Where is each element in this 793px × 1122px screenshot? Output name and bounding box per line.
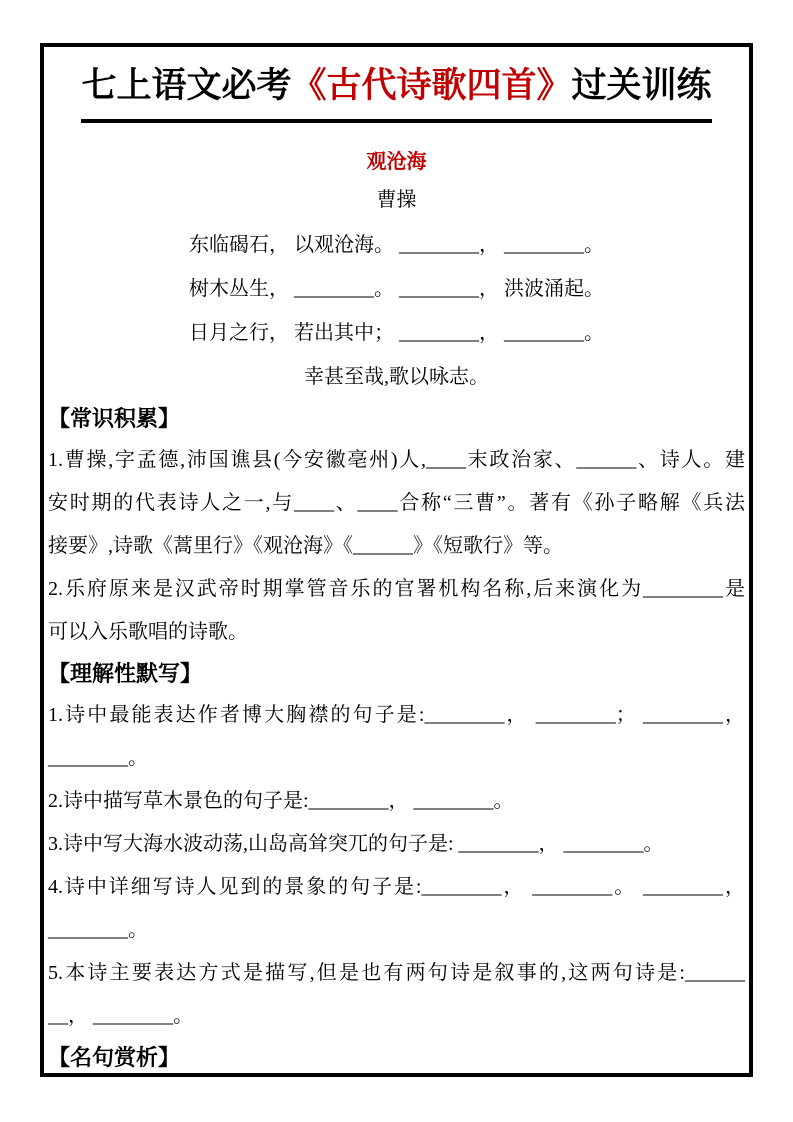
dictation-line: 2.诗中描写草木景色的句子是:________， ________。 [48, 780, 745, 823]
poem-body: 东临碣石， 以观沧海。 ________， ________。 树木丛生， __… [48, 223, 745, 399]
section-appreciation: 【名句赏析】 [48, 1038, 745, 1077]
title-part-1: 七上语文必考 [81, 66, 291, 105]
page-border-frame: 七上语文必考《古代诗歌四首》过关训练 观沧海 曹操 东临碣石， 以观沧海。 __… [40, 43, 753, 1077]
knowledge-line: 接要》,诗歌《蒿里行》《观沧海》《______》《短歌行》等。 [48, 525, 745, 568]
knowledge-line: 安时期的代表诗人之一,与____、____合称“三曹”。著有《孙子略解《兵法 [48, 482, 745, 525]
poem-line-3: 日月之行， 若出其中； ________， ________。 [48, 311, 745, 355]
section-dictation: 【理解性默写】 1.诗中最能表达作者博大胸襟的句子是:________， ___… [48, 654, 745, 1038]
knowledge-line: 2.乐府原来是汉武帝时期掌管音乐的官署机构名称,后来演化为________是 [48, 568, 745, 611]
poem-line-1: 东临碣石， 以观沧海。 ________， ________。 [48, 223, 745, 267]
section-knowledge: 【常识积累】 1.曹操,字孟德,沛国谯县(今安徽亳州)人,____末政治家、__… [48, 399, 745, 654]
poem-line-4: 幸甚至哉,歌以咏志。 [48, 355, 745, 399]
title-underline: 七上语文必考《古代诗歌四首》过关训练 [81, 65, 711, 123]
poem-line-2: 树木丛生， ________。 ________， 洪波涌起。 [48, 267, 745, 311]
knowledge-line: 可以入乐歌唱的诗歌。 [48, 611, 745, 654]
title-part-red: 《古代诗歌四首》 [291, 66, 571, 105]
section-heading-knowledge: 【常识积累】 [48, 399, 745, 439]
dictation-line: __， ________。 [48, 995, 745, 1038]
worksheet-title: 七上语文必考《古代诗歌四首》过关训练 [48, 65, 745, 123]
dictation-line: 4.诗中详细写诗人见到的景象的句子是:________， ________。 _… [48, 866, 745, 909]
title-part-3: 过关训练 [572, 66, 712, 105]
knowledge-line: 1.曹操,字孟德,沛国谯县(今安徽亳州)人,____末政治家、______、诗人… [48, 439, 745, 482]
section-heading-appreciation: 【名句赏析】 [48, 1038, 745, 1077]
section-heading-dictation: 【理解性默写】 [48, 654, 745, 694]
poem-title: 观沧海 [48, 149, 745, 175]
dictation-line: 5.本诗主要表达方式是描写,但是也有两句诗是叙事的,这两句诗是:______ [48, 952, 745, 995]
dictation-line: 1.诗中最能表达作者博大胸襟的句子是:________， ________； _… [48, 694, 745, 737]
dictation-line: 3.诗中写大海水波动荡,山岛高耸突兀的句子是: ________， ______… [48, 823, 745, 866]
dictation-line: ________。 [48, 909, 745, 952]
dictation-line: ________。 [48, 737, 745, 780]
poem-author: 曹操 [48, 187, 745, 213]
